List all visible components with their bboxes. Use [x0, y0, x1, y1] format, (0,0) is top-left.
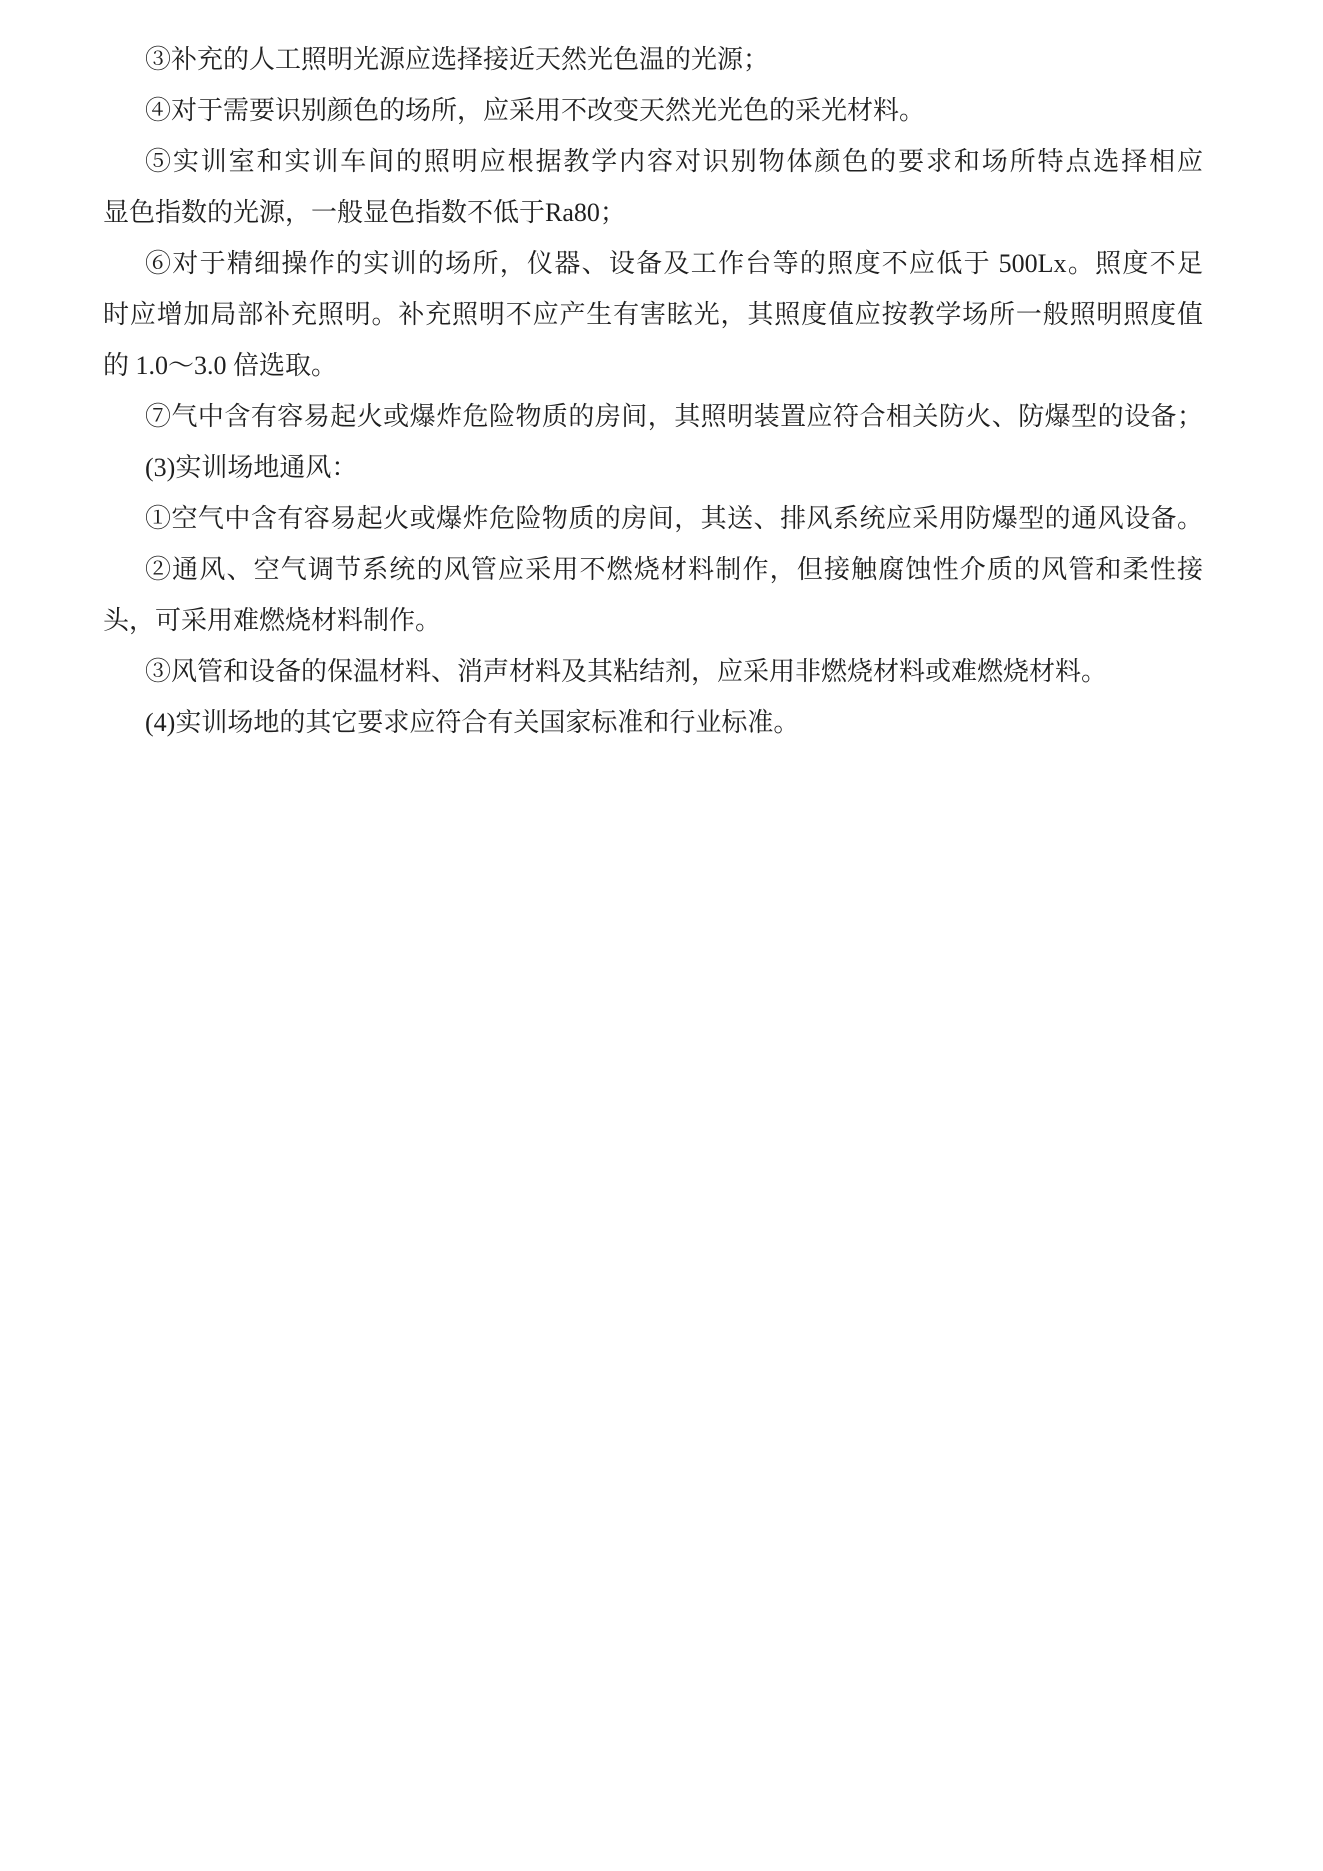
text-line: 时应增加局部补充照明。补充照明不应产生有害眩光，其照度值应按教学场所一般照明照度… — [103, 289, 1203, 340]
document-page: ③补充的人工照明光源应选择接近天然光色温的光源；④对于需要识别颜色的场所，应采用… — [0, 0, 1323, 1871]
paragraph: ①空气中含有容易起火或爆炸危险物质的房间，其送、排风系统应采用防爆型的通风设备。 — [103, 493, 1203, 544]
text-line: ⑥对于精细操作的实训的场所，仪器、设备及工作台等的照度不应低于 500Lx。照度… — [103, 238, 1203, 289]
text-line: 头，可采用难燃烧材料制作。 — [103, 595, 1203, 646]
text-line: ⑦气中含有容易起火或爆炸危险物质的房间，其照明装置应符合相关防火、防爆型的设备； — [103, 391, 1203, 442]
text-line: (3)实训场地通风： — [103, 442, 1203, 493]
text-line: ③补充的人工照明光源应选择接近天然光色温的光源； — [103, 34, 1203, 85]
text-line: 显色指数的光源，一般显色指数不低于Ra80； — [103, 187, 1203, 238]
paragraph: ③风管和设备的保温材料、消声材料及其粘结剂，应采用非燃烧材料或难燃烧材料。 — [103, 646, 1203, 697]
paragraph: (4)实训场地的其它要求应符合有关国家标准和行业标准。 — [103, 697, 1203, 748]
text-line: ②通风、空气调节系统的风管应采用不燃烧材料制作，但接触腐蚀性介质的风管和柔性接 — [103, 544, 1203, 595]
document-body: ③补充的人工照明光源应选择接近天然光色温的光源；④对于需要识别颜色的场所，应采用… — [103, 34, 1203, 748]
paragraph: (3)实训场地通风： — [103, 442, 1203, 493]
paragraph: ④对于需要识别颜色的场所，应采用不改变天然光光色的采光材料。 — [103, 85, 1203, 136]
paragraph: ③补充的人工照明光源应选择接近天然光色温的光源； — [103, 34, 1203, 85]
text-line: ⑤实训室和实训车间的照明应根据教学内容对识别物体颜色的要求和场所特点选择相应 — [103, 136, 1203, 187]
paragraph: ⑤实训室和实训车间的照明应根据教学内容对识别物体颜色的要求和场所特点选择相应显色… — [103, 136, 1203, 238]
paragraph: ②通风、空气调节系统的风管应采用不燃烧材料制作，但接触腐蚀性介质的风管和柔性接头… — [103, 544, 1203, 646]
paragraph: ⑦气中含有容易起火或爆炸危险物质的房间，其照明装置应符合相关防火、防爆型的设备； — [103, 391, 1203, 442]
text-line: ④对于需要识别颜色的场所，应采用不改变天然光光色的采光材料。 — [103, 85, 1203, 136]
paragraph: ⑥对于精细操作的实训的场所，仪器、设备及工作台等的照度不应低于 500Lx。照度… — [103, 238, 1203, 391]
text-line: ①空气中含有容易起火或爆炸危险物质的房间，其送、排风系统应采用防爆型的通风设备。 — [103, 493, 1203, 544]
text-line: ③风管和设备的保温材料、消声材料及其粘结剂，应采用非燃烧材料或难燃烧材料。 — [103, 646, 1203, 697]
text-line: 的 1.0～3.0 倍选取。 — [103, 340, 1203, 391]
text-line: (4)实训场地的其它要求应符合有关国家标准和行业标准。 — [103, 697, 1203, 748]
